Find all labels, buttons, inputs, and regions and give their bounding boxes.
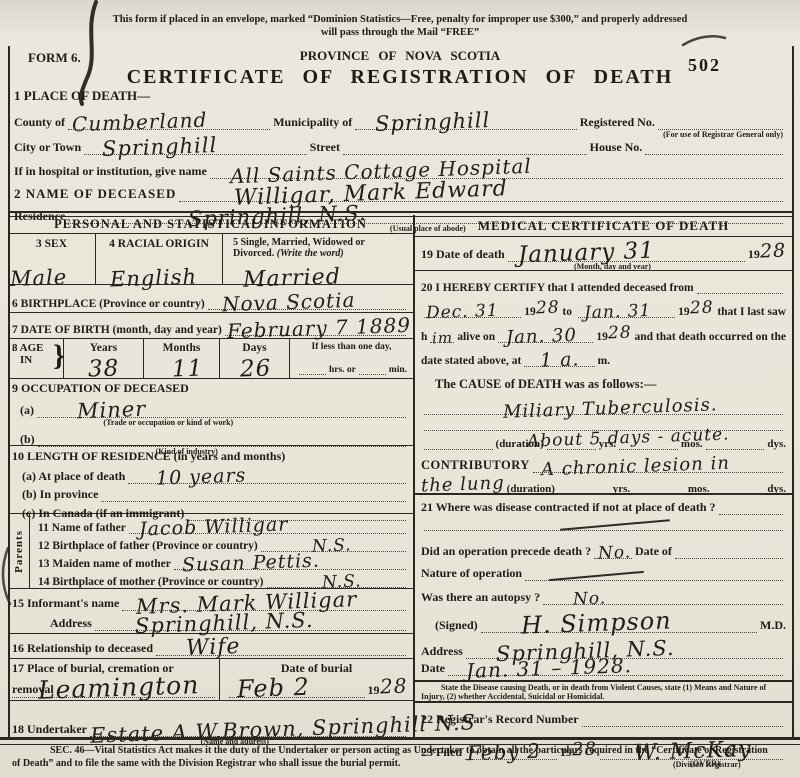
city-handwritten: Springhill [102,133,218,161]
occupation-b-row: (b) (Kind of industry) [12,432,409,447]
residence-a-handwritten: 10 years [156,464,247,489]
sex-label: 3 SEX [8,234,95,250]
residence-a-label: (a) At place of death [22,469,125,484]
hospital-label: If in hospital or institution, give name [14,164,207,179]
residence-b-line [101,488,406,502]
cause-line: Miliary Tuberculosis. [424,401,783,415]
contributory-label: CONTRIBUTORY [421,458,530,473]
date-of-death-line: January 31 (Month, day and year) [508,248,745,262]
marital-cell: 5 Single, Married, Widowed or Divorced. … [223,234,413,284]
municipality-handwritten: Springhill [375,108,491,136]
mail-instruction-line1: This form if placed in an envelope, mark… [0,13,800,26]
occupation-a-row: (a) Miner (Trade or occupation or kind o… [12,403,409,418]
nature-row: Nature of operation [415,561,792,583]
date-of-death-year-handwritten: 28 [759,240,786,263]
father-birthplace-label: 12 Birthplace of father (Province or cou… [38,540,258,552]
violent-note: State the Disease causing Death, or in d… [415,682,792,703]
sec46-spacer [400,757,689,770]
marital-label-line2: Divorced. [233,248,274,259]
alive-date-handwritten: Jan. 30 [506,325,578,348]
county-handwritten: Cumberland [72,108,208,137]
marital-label-line1: 5 Single, Married, Widowed or [233,237,365,248]
occupation-b-label: (b) [20,432,35,447]
street-label: Street [310,140,340,155]
age-years-cell: Years 38 [64,339,144,378]
age-less-label: If less than one day, [296,342,407,352]
m-text: m. [598,355,610,367]
cause-line-row: Miliary Tuberculosis. [421,392,786,415]
age-min-label: min. [389,365,407,375]
operation-answer-line: No. [594,545,632,559]
contracted-section: 21 Where was disease contracted if not a… [415,495,792,537]
certify-from-line [697,280,783,294]
operation-label: Did an operation precede death ? [421,544,591,559]
contracted-line2 [424,517,783,531]
burial-section: 17 Place of burial, cremation or removal… [8,659,413,701]
occupation-heading: 9 OCCUPATION OF DECEASED [12,381,409,396]
contributory-row: CONTRIBUTORY A chronic lesion in [421,450,786,473]
duration-row: (duration) About 5 days - acute. yrs. mo… [421,431,786,450]
occurred-text: and that death occurred on the [634,331,786,343]
medical-heading: MEDICAL CERTIFICATE OF DEATH [415,215,792,237]
contracted-row: 21 Where was disease contracted if not a… [421,499,786,515]
physician-signature-handwritten: H. Simpson [520,606,672,639]
parents-body: 11 Name of father Jacob Willigar 12 Birt… [30,514,413,588]
registered-no-label: Registered No. [580,115,655,130]
mother-row: 13 Maiden name of mother Susan Pettis. [38,552,409,570]
physician-date-line: Jan. 31 – 1928. [448,662,783,676]
place-of-death-section: 1 PLACE OF DEATH— County of Cumberland M… [14,88,786,224]
house-no-label: House No. [590,140,643,155]
relationship-label: 16 Relationship to deceased [12,641,153,656]
from-year-handwritten: 28 [535,298,559,319]
date-of-death-row: 19 Date of death January 31 (Month, day … [415,237,792,271]
contributory-handwritten2: the lung [421,473,505,497]
certify-line4: date stated above, at 1 a. m. [421,343,786,367]
certify-line2: Dec. 31 19 28 to Jan. 31 19 28 that I la… [421,294,786,318]
to-year-prefix: 19 [678,306,690,318]
him-handwritten: im [432,329,454,348]
from-date-handwritten: Dec. 31 [426,301,499,324]
from-date-line: Dec. 31 [424,304,521,318]
informant-section: 15 Informant's name Mrs. Mark Willigar A… [8,589,413,634]
age-hrs-line [299,361,326,375]
sec46-line2-row: of Death” and to file the same with the … [12,757,790,770]
physician-address-label: Address [421,644,463,659]
deceased-name-row: 2 NAME OF DECEASED Willigar, Mark Edward [14,179,786,202]
racial-origin-cell: 4 RACIAL ORIGIN English [96,234,223,284]
relationship-row: 16 Relationship to deceased Wife [8,634,413,659]
occupation-b-note: (Kind of industry) [156,447,218,456]
undertaker-line: Estate A.W.Brown, Springhill N.S (Name a… [90,723,406,737]
mother-line: Susan Pettis. [174,556,406,570]
contracted-label: 21 Where was disease contracted if not a… [421,500,716,515]
burial-date-handwritten: Feb 2 [237,673,311,704]
record-number-line [582,713,783,727]
undertaker-label: 18 Undertaker [12,722,87,737]
from-year-prefix: 19 [524,306,536,318]
burial-date-row: Feb 2 19 28 [226,674,407,698]
age-label-line2: IN [12,354,32,366]
to-word: to [562,306,572,318]
cause-heading: The CAUSE of DEATH was as follows:— [421,377,786,392]
date-of-death-note: (Month, day and year) [574,262,651,271]
marital-label: 5 Single, Married, Widowed or Divorced. … [223,234,413,259]
residence-a-line: 10 years [128,470,406,484]
house-no-line [645,141,783,155]
hour-line: 1 a. [524,353,594,367]
operation-date-label: Date of [635,544,672,559]
informant-row: 15 Informant's name Mrs. Mark Willigar [12,591,409,611]
county-line: Cumberland [68,116,270,130]
occupation-a-note: (Trade or occupation or kind of work) [103,418,233,427]
nature-line [525,567,783,581]
dob-row: 7 DATE OF BIRTH (month, day and year) Fe… [8,313,413,339]
lastsaw-text: that I last saw [717,306,786,318]
length-residence-section: 10 LENGTH OF RESIDENCE (in years and mon… [8,446,413,514]
physician-date-handwritten: Jan. 31 – 1928. [466,653,633,683]
parents-label-cell: Parents [8,514,30,588]
autopsy-row: Was there an autopsy ? No. [415,583,792,607]
age-hrs-label: hrs. or [329,365,356,375]
burial-year-handwritten: 28 [379,674,407,699]
burial-place-line: removal Leamington [12,685,215,698]
occupation-a-line: Miner (Trade or occupation or kind of wo… [37,404,406,418]
duration-dys-line [706,436,765,450]
contributory-dys-line [713,481,765,495]
sex-cell: 3 SEX Male [8,234,96,284]
pen-dash-nature [549,571,644,581]
nature-label: Nature of operation [421,566,522,581]
birthplace-line: Nova Scotia [208,296,406,310]
medical-column: MEDICAL CERTIFICATE OF DEATH 19 Date of … [415,215,792,737]
death-certificate-page: This form if placed in an envelope, mark… [0,0,800,777]
signed-row: (Signed) H. Simpson M.D. [415,607,792,636]
informant-address-row: Address Springhill, N.S. [12,611,409,631]
cause-section: The CAUSE of DEATH was as follows:— Mili… [415,375,792,495]
city-label: City or Town [14,140,81,155]
age-months-handwritten: 11 [172,355,204,382]
registered-no-line: (For use of Registrar General only) [658,116,783,130]
autopsy-line: No. [543,591,783,605]
operation-answer-handwritten: No. [598,542,632,563]
age-days-label: Days [220,339,289,354]
burial-year-prefix: 19 [368,683,380,698]
signed-label: (Signed) [421,618,478,633]
parents-section: Parents 11 Name of father Jacob Willigar… [8,514,413,589]
age-hrs-min-row: hrs. or min. [296,361,407,375]
county-row: County of Cumberland Municipality of Spr… [14,105,786,130]
columns: PERSONAL AND STATISTICAL INFORMATION 3 S… [8,215,792,737]
contributory-mos-line [633,481,685,495]
residence-a-row: (a) At place of death 10 years [12,467,409,484]
pen-dash-contracted [561,519,671,531]
sec46-line2: of Death” and to file the same with the … [12,757,400,770]
duration-dys-label: dys. [767,438,786,450]
hour-handwritten: 1 a. [540,348,580,371]
age-less-cell: If less than one day, hrs. or min. [290,339,413,378]
municipality-label: Municipality of [273,115,352,130]
operation-row: Did an operation precede death ? No. Dat… [415,537,792,561]
city-line: Springhill [84,141,306,155]
contributory-mos-label: mos. [688,483,710,495]
father-row: 11 Name of father Jacob Willigar [38,517,409,534]
contributory-yrs-line [558,481,610,495]
sec46-line1: SEC. 46—Vital Statistics Act makes it th… [12,744,790,757]
father-label: 11 Name of father [38,522,126,534]
alive-year-handwritten: 28 [607,323,631,344]
certify-line1: 20 I HEREBY CERTIFY that I attended dece… [421,275,786,294]
occupation-a-label: (a) [20,403,34,418]
personal-heading: PERSONAL AND STATISTICAL INFORMATION [8,215,413,234]
informant-label: 15 Informant's name [12,596,119,611]
duration-yrs-line: About 5 days - acute. [547,436,596,450]
racial-origin-label: 4 RACIAL ORIGIN [96,234,222,250]
birthplace-row: 6 BIRTHPLACE (Province or country) Nova … [8,285,413,313]
sec46-note: SEC. 46—Vital Statistics Act makes it th… [12,744,790,770]
birthplace-handwritten: Nova Scotia [221,288,355,317]
to-year-handwritten: 28 [689,298,713,319]
him-line: im [430,329,454,343]
violent-note-line2: Injury, (2) whether Accidental, Suicidal… [421,692,786,701]
age-label-line1: 8 AGE [12,342,43,354]
informant-address-line: Springhill, N.S. [95,617,406,631]
informant-address-label: Address [50,616,92,631]
to-date-handwritten: Jan. 31 [584,301,652,323]
sex-handwritten: Male [10,265,68,291]
duration-lead-line [424,436,493,450]
age-months-label: Months [144,339,219,354]
age-days-cell: Days 26 [220,339,290,378]
duration-mos-line [619,436,678,450]
dob-label: 7 DATE OF BIRTH (month, day and year) [12,324,222,336]
marital-label-line3: (Write the word) [277,248,344,259]
county-label: County of [14,115,65,130]
burial-place-handwritten: Leamington [38,670,200,705]
signed-line: H. Simpson [481,619,757,633]
date-stated-text: date stated above, at [421,355,521,367]
mother-birthplace-label: 14 Birthplace of mother (Province or cou… [38,576,264,588]
age-label-cell: 8 AGE IN } [8,339,64,378]
street-line [343,141,587,155]
physician-date-label: Date [421,661,445,676]
personal-column: PERSONAL AND STATISTICAL INFORMATION 3 S… [8,215,415,737]
deceased-name-label: 2 NAME OF DECEASED [14,186,176,202]
mother-label: 13 Maiden name of mother [38,558,171,570]
age-years-handwritten: 38 [88,355,120,382]
deceased-name-line: Willigar, Mark Edward [179,188,783,202]
contributory-duration-label: (duration) [507,483,555,495]
operation-date-line [675,545,783,559]
certify-lead: 20 I HEREBY CERTIFY that I attended dece… [421,282,694,294]
occupation-b-line: (Kind of industry) [38,433,406,447]
age-min-line [359,361,386,375]
mail-instruction-line2: will pass through the Mail “FREE” [0,26,800,39]
mother-birthplace-line: N.S. [267,574,407,588]
father-line: Jacob Willigar [129,520,406,534]
alive-text: alive on [457,331,495,343]
sex-race-marital-table: 3 SEX Male 4 RACIAL ORIGIN English 5 Sin… [8,234,413,285]
burial-date-line: Feb 2 [229,684,365,698]
date-of-death-label: 19 Date of death [421,247,505,262]
md-label: M.D. [760,618,786,633]
age-months-cell: Months 11 [144,339,220,378]
dob-line: February 7 1889 [225,322,406,336]
birthplace-label: 6 BIRTHPLACE (Province or country) [12,298,205,310]
over-label: (OVER) [690,757,790,770]
alive-date-line: Jan. 30 [498,329,593,343]
relationship-handwritten: Wife [186,634,241,661]
burial-date-cell: Date of burial Feb 2 19 28 [220,659,413,700]
municipality-line: Springhill [355,116,576,130]
contributory-yrs-label: yrs. [613,483,630,495]
burial-place-cell: 17 Place of burial, cremation or removal… [8,659,220,700]
to-date-line: Jan. 31 [578,304,675,318]
registered-no-note: (For use of Registrar General only) [663,130,783,139]
h-text: h [421,331,427,343]
racial-origin-handwritten: English [110,264,198,291]
contributory-dys-label: dys. [767,483,786,495]
autopsy-answer-handwritten: No. [573,588,607,609]
age-years-label: Years [64,339,143,354]
contributory-line: A chronic lesion in [533,459,783,473]
occupation-section: 9 OCCUPATION OF DECEASED (a) Miner (Trad… [8,379,413,446]
place-of-death-heading: 1 PLACE OF DEATH— [14,88,786,105]
relationship-line: Wife [156,642,406,656]
parents-label: Parents [13,530,25,573]
contracted-line [719,501,783,515]
mail-instruction: This form if placed in an envelope, mark… [0,13,800,39]
violent-note-line1: State the Disease causing Death, or in d… [421,683,786,692]
contracted-row2 [421,515,786,531]
certify-section: 20 I HEREBY CERTIFY that I attended dece… [415,271,792,375]
autopsy-label: Was there an autopsy ? [421,590,540,605]
date-of-death-year-prefix: 19 [748,247,760,262]
residence-b-label: (b) In province [22,487,98,502]
physician-date-row: Date Jan. 31 – 1928. [415,662,792,682]
age-days-handwritten: 26 [240,355,272,382]
alive-year-prefix: 19 [596,331,608,343]
age-table: 8 AGE IN } Years 38 Months 11 Days 26 [8,339,413,379]
